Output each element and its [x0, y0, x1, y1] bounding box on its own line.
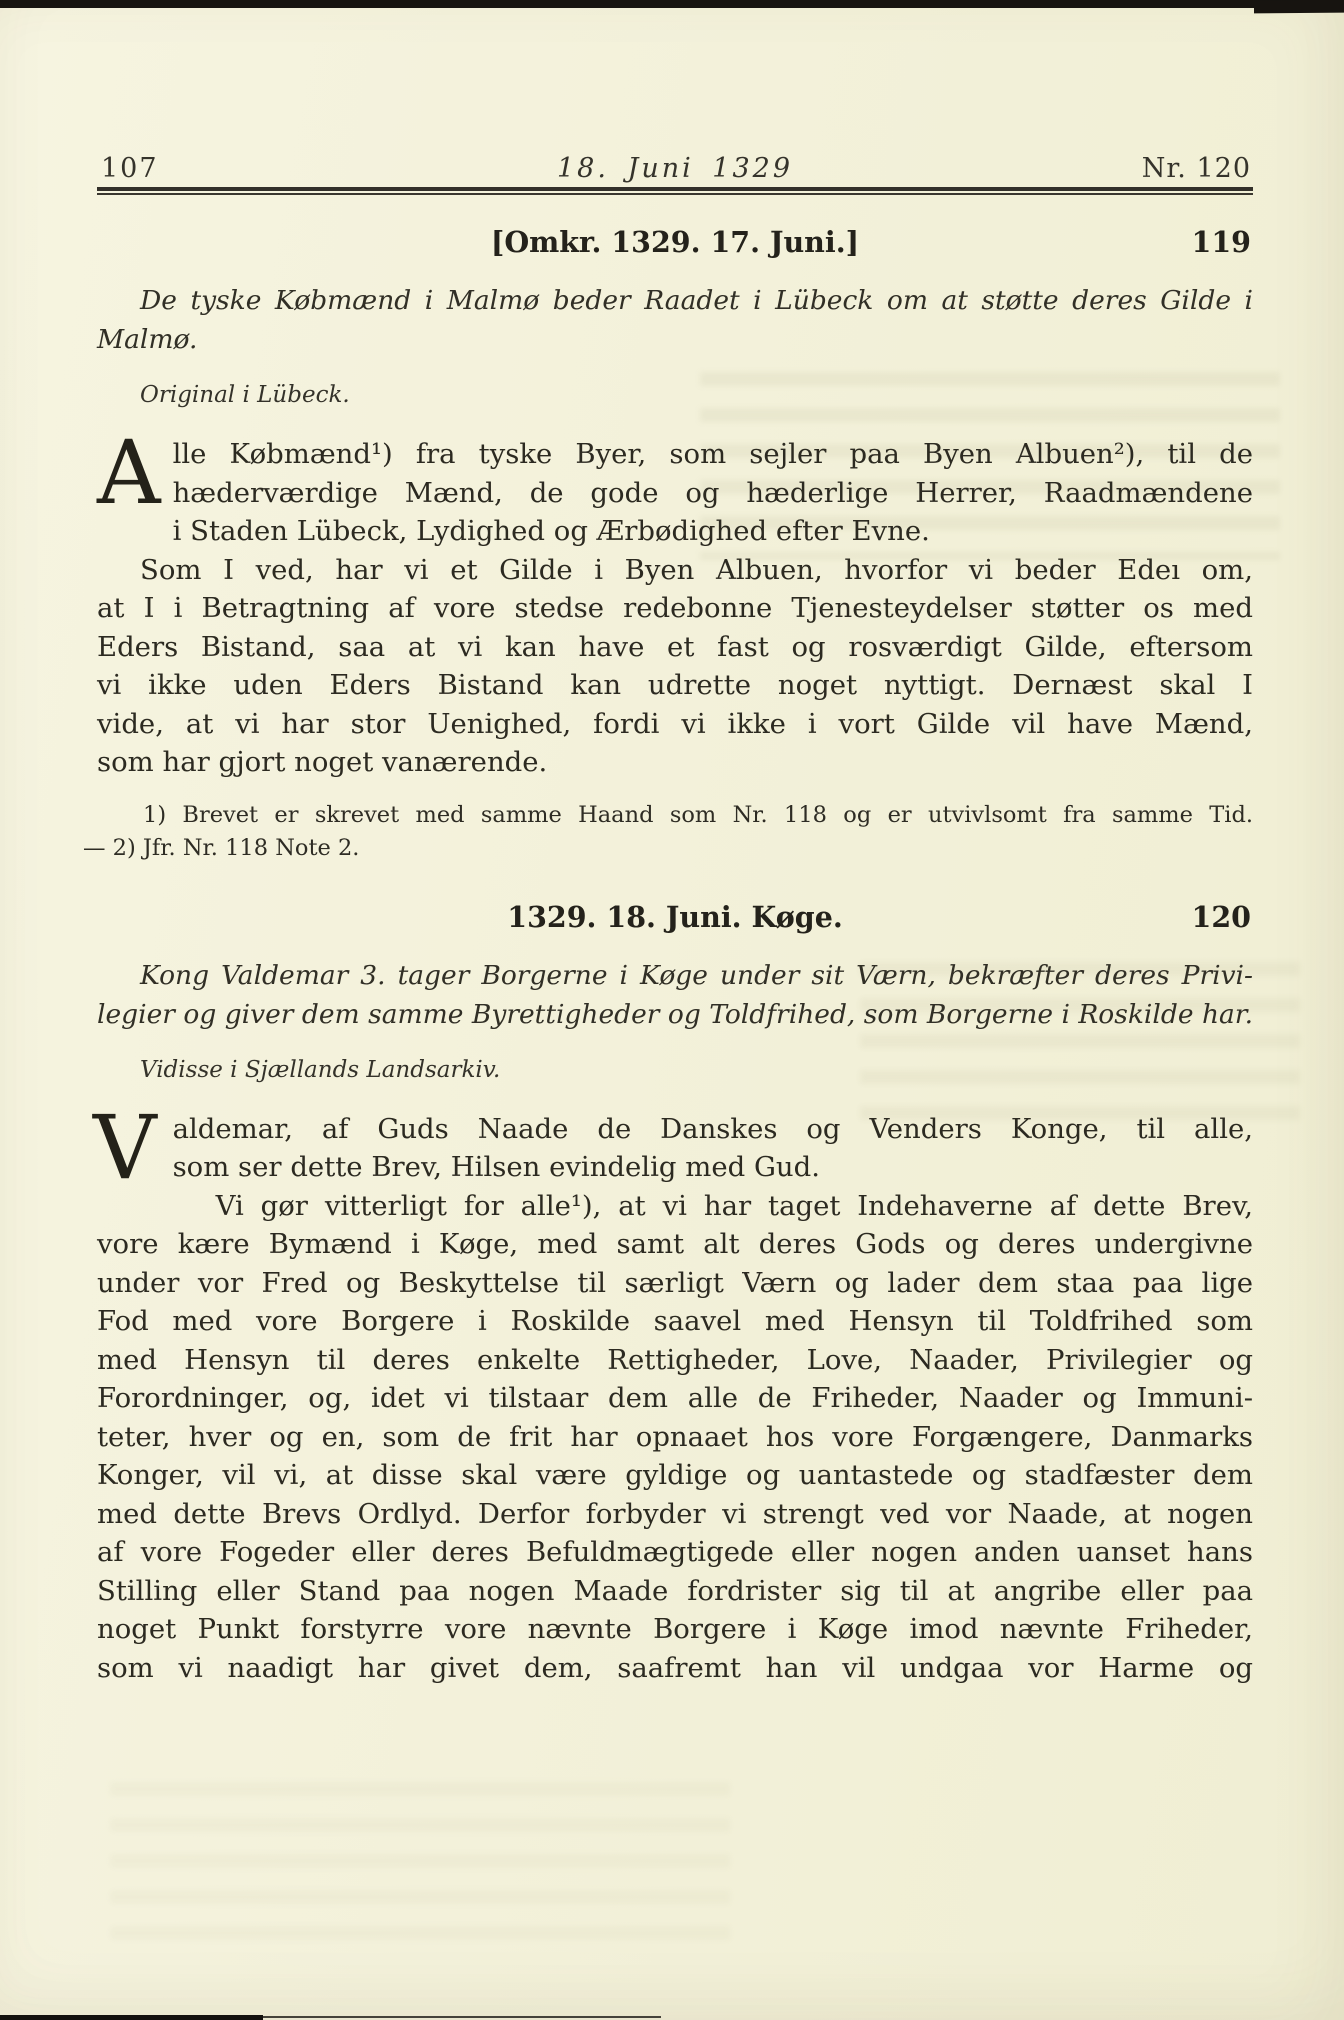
- footnote-line: — 2) Jfr. Nr. 118 Note 2.: [83, 832, 1253, 865]
- document-119-heading: [Omkr. 1329. 17. Juni.] 119: [97, 226, 1253, 258]
- body-line: Fod med vore Borgere i Roskilde saavel m…: [97, 1302, 1253, 1341]
- document-120-section: 1329. 18. Juni. Køge. 120 Kong Valdemar …: [97, 901, 1253, 1688]
- body-line: vore kære Bymænd i Køge, med samt alt de…: [97, 1225, 1253, 1264]
- document-120-paragraph-1: V aldemar, af Guds Naade de Danskes og V…: [97, 1110, 1253, 1187]
- running-title-date: 18. Juni 1329: [97, 153, 1253, 184]
- summary-line: Malmø.: [97, 320, 1253, 359]
- body-line: som ser dette Brev, Hilsen evindelig med…: [97, 1148, 1253, 1187]
- body-line: hæderværdige Mænd, de gode og hæderlige …: [97, 474, 1253, 513]
- body-line: teter, hver og en, som de frit har opnaa…: [97, 1418, 1253, 1457]
- document-119-footnotes: 1) Brevet er skrevet med samme Haand som…: [97, 799, 1253, 865]
- footnote-line: 1) Brevet er skrevet med samme Haand som…: [97, 799, 1253, 832]
- body-line: vi ikke uden Eders Bistand kan udrette n…: [97, 666, 1253, 705]
- header-rule: [97, 187, 1253, 195]
- document-120-paragraph-2: Vi gør vitterligt for alle¹), at vi har …: [97, 1187, 1253, 1688]
- body-line: Stilling eller Stand paa nogen Maade for…: [97, 1572, 1253, 1611]
- document-120-summary: Kong Valdemar 3. tager Borgerne i Køge u…: [97, 956, 1253, 1034]
- body-line: af vore Fogeder eller deres Befuldmægtig…: [97, 1533, 1253, 1572]
- document-119-paragraph-1: A lle Købmænd¹) fra tyske Byer, som sejl…: [97, 435, 1253, 551]
- document-119-source-note: Original i Lübeck.: [97, 380, 1253, 410]
- summary-line: legier og giver dem samme Byrettigheder …: [97, 995, 1253, 1034]
- body-line: Som I ved, har vi et Gilde i Byen Albuen…: [97, 551, 1253, 590]
- body-line: vide, at vi har stor Uenighed, fordi vi …: [97, 705, 1253, 744]
- document-119-summary: De tyske Købmænd i Malmø beder Raadet i …: [97, 281, 1253, 359]
- running-header: 107 18. Juni 1329 Nr. 120: [97, 151, 1253, 184]
- body-line: som vi naadigt har givet dem, saafremt h…: [97, 1649, 1253, 1688]
- body-line: som har gjort noget vanærende.: [97, 743, 1253, 782]
- document-120-heading: 1329. 18. Juni. Køge. 120: [97, 901, 1253, 933]
- summary-line: Kong Valdemar 3. tager Borgerne i Køge u…: [97, 956, 1253, 995]
- body-line: Konger, vil vi, at disse skal være gyldi…: [97, 1456, 1253, 1495]
- document-119-section: [Omkr. 1329. 17. Juni.] 119 De tyske Køb…: [97, 226, 1253, 865]
- page-content: 107 18. Juni 1329 Nr. 120 [Omkr. 1329. 1…: [97, 0, 1253, 1687]
- body-line: lle Købmænd¹) fra tyske Byer, som sejler…: [97, 435, 1253, 474]
- scan-edge-bottom: [0, 2015, 263, 2020]
- document-120-number: 120: [1192, 901, 1252, 933]
- body-line: med dette Brevs Ordlyd. Derfor forbyder …: [97, 1495, 1253, 1534]
- body-line: at I i Betragtning af vore stedse redebo…: [97, 589, 1253, 628]
- body-line: Vi gør vitterligt for alle¹), at vi har …: [97, 1187, 1253, 1226]
- document-120-date: 1329. 18. Juni. Køge.: [507, 900, 843, 934]
- bleed-through-artifact: [110, 1760, 730, 1960]
- drop-cap-a: A: [97, 436, 161, 513]
- document-119-date: [Omkr. 1329. 17. Juni.]: [491, 225, 859, 259]
- body-line: noget Punkt forstyrre vore nævnte Borger…: [97, 1610, 1253, 1649]
- running-number-ref: Nr. 120: [1142, 153, 1251, 184]
- body-line: med Hensyn til deres enkelte Rettigheder…: [97, 1341, 1253, 1380]
- body-line: aldemar, af Guds Naade de Danskes og Ven…: [97, 1110, 1253, 1149]
- document-119-number: 119: [1192, 226, 1252, 258]
- drop-cap-v: V: [93, 1111, 157, 1188]
- document-119-paragraph-2: Som I ved, har vi et Gilde i Byen Albuen…: [97, 551, 1253, 782]
- summary-line: De tyske Købmænd i Malmø beder Raadet i …: [97, 281, 1253, 320]
- document-120-source-note: Vidisse i Sjællands Landsarkiv.: [97, 1055, 1253, 1085]
- body-line: Eders Bistand, saa at vi kan have et fas…: [97, 628, 1253, 667]
- body-line: i Staden Lübeck, Lydighed og Ærbødighed …: [97, 512, 1253, 551]
- book-page-scan: 107 18. Juni 1329 Nr. 120 [Omkr. 1329. 1…: [0, 0, 1344, 2020]
- body-line: Forordninger, og, idet vi tilstaar dem a…: [97, 1379, 1253, 1418]
- body-line: under vor Fred og Beskyttelse til særlig…: [97, 1264, 1253, 1303]
